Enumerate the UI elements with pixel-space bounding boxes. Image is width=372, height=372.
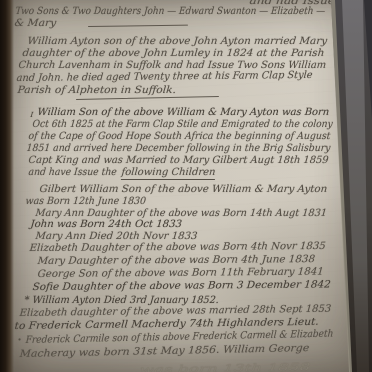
manuscript-line: William Ayton son of the above John Ayto… <box>27 36 328 48</box>
manuscript-line: and have Issue the <box>28 167 117 179</box>
manuscript-line: Sofie Daughter of the above was Born 3 D… <box>32 279 331 294</box>
manuscript-line: following Children <box>121 167 216 180</box>
manuscript-line: was Born 12th June 1830 <box>25 196 146 208</box>
manuscript-line: Gilbert William Son of the above William… <box>39 184 328 196</box>
manuscript-line: daughter of the above John Lumley in 182… <box>22 48 325 60</box>
manuscript-line: • <box>17 334 22 346</box>
manuscript-line: William Son of the above William & Mary … <box>37 107 330 119</box>
manuscript-line: Oct 6th 1825 at the Farm Clap Stile and … <box>32 119 333 131</box>
book-binding-left <box>0 0 14 372</box>
handwritten-divider <box>88 25 188 28</box>
manuscript-line: & Mary <box>14 18 57 30</box>
manuscript-line: 1851 and arrived here December following… <box>26 143 331 155</box>
handwriting-layer: and had IssueTwo Sons & Two Daughters Jo… <box>0 0 372 372</box>
manuscript-line: Elizabeth Daughter of the above was Born… <box>29 241 326 255</box>
manuscript-line: John was Born 24th Oct 1833 <box>30 219 182 231</box>
book-page-photo: and had IssueTwo Sons & Two Daughters Jo… <box>0 0 372 372</box>
manuscript-line: of the Cape of Good Hope South Africa th… <box>28 131 331 143</box>
manuscript-line: Capt King and was Married to Mary Gilber… <box>28 155 329 167</box>
manuscript-line: and John. he died aged Twenty three at h… <box>16 70 313 85</box>
manuscript-line: Mary Daughter of the above was Born 4th … <box>37 254 315 268</box>
manuscript-line: Parish of Alpheton in Suffolk. <box>17 85 176 97</box>
manuscript-line: Two Sons & Two Daughters John — Edward S… <box>15 6 326 18</box>
manuscript-line: was born 13th 1858 <box>139 362 311 372</box>
